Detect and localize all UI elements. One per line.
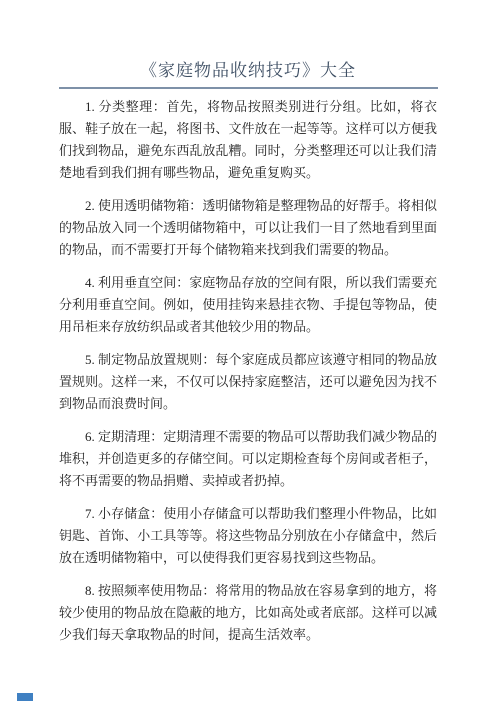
page-title: 《家庭物品收纳技巧》大全 bbox=[0, 0, 496, 81]
paragraph-6: 6. 定期清理：定期清理不需要的物品可以帮助我们减少物品的堆积，并创造更多的存储… bbox=[59, 426, 437, 492]
paragraph-1: 1. 分类整理：首先，将物品按照类别进行分组。比如，将衣服、鞋子放在一起，将图书… bbox=[59, 96, 437, 184]
paragraph-7: 7. 小存储盒：使用小存储盒可以帮助我们整理小件物品，比如钥匙、首饰、小工具等等… bbox=[59, 503, 437, 569]
document-body: 1. 分类整理：首先，将物品按照类别进行分组。比如，将衣服、鞋子放在一起，将图书… bbox=[59, 89, 437, 646]
paragraph-2: 2. 使用透明储物箱：透明储物箱是整理物品的好帮手。将相似的物品放入同一个透明储… bbox=[59, 195, 437, 261]
corner-mark-icon bbox=[17, 693, 33, 701]
paragraph-8: 8. 按照频率使用物品：将常用的物品放在容易拿到的地方，将较少使用的物品放在隐蔽… bbox=[59, 580, 437, 646]
paragraph-4: 4. 利用垂直空间：家庭物品存放的空间有限，所以我们需要充分利用垂直空间。例如，… bbox=[59, 272, 437, 338]
document-page: 《家庭物品收纳技巧》大全 1. 分类整理：首先，将物品按照类别进行分组。比如，将… bbox=[0, 0, 496, 702]
paragraph-5: 5. 制定物品放置规则：每个家庭成员都应该遵守相同的物品放置规则。这样一来，不仅… bbox=[59, 349, 437, 415]
